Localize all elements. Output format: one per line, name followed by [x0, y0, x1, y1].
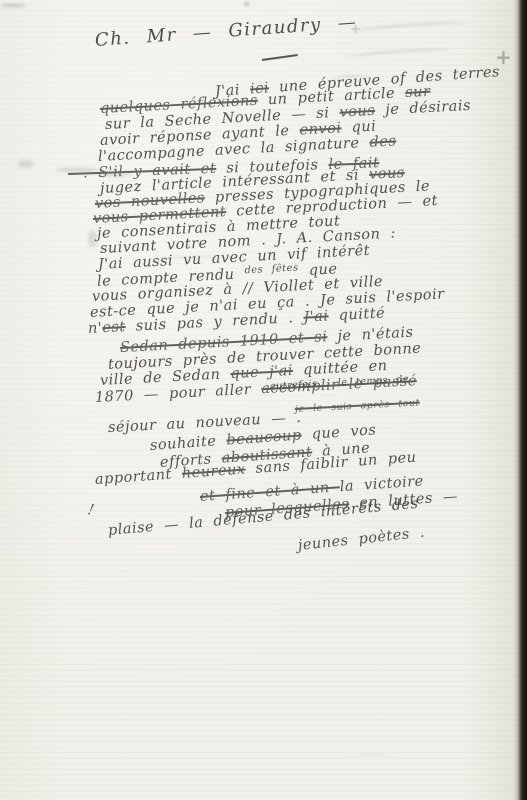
salutation-line: Ch. Mr — Giraudry —	[94, 12, 358, 51]
struck-text: est	[102, 319, 126, 336]
margin-exclamation: !	[86, 500, 96, 519]
plus-mark-icon: +	[495, 47, 512, 67]
smudge-blob	[98, 171, 132, 177]
struck-text: je le suis après tout	[295, 397, 420, 415]
struck-text: et	[255, 483, 292, 501]
scan-speck	[0, 4, 26, 7]
salutation-underline	[262, 54, 298, 61]
struck-text: un	[299, 479, 340, 498]
manuscript-page: Ch. Mr — Giraudry — J'ai ici une épreuve…	[0, 0, 527, 800]
struck-text: des	[369, 133, 397, 150]
scan-speck	[244, 2, 249, 6]
struck-text: et fine	[199, 485, 255, 505]
handwritten-text: quitté	[328, 305, 385, 324]
handwritten-text: n'	[88, 320, 103, 337]
smudge-blob	[88, 230, 97, 248]
bleedthrough-squiggle	[345, 47, 450, 63]
bleedthrough-squiggle	[352, 20, 467, 37]
handwritten-text: jeunes poètes .	[297, 525, 426, 554]
struck-text: sur	[405, 84, 431, 101]
bleedthrough-squiggle	[350, 753, 392, 763]
smudge-blob	[18, 160, 34, 168]
scan-edge-strip	[513, 0, 527, 800]
manuscript-line: jeunes poètes .	[297, 525, 426, 554]
struck-text: J'ai	[303, 308, 329, 325]
manuscript-line: je le suis après tout	[295, 397, 420, 415]
struck-text: heureux	[181, 461, 246, 481]
smudge-blob	[55, 167, 99, 173]
handwritten-text: des fêtes	[244, 262, 299, 276]
handwritten-text: apportant	[94, 466, 182, 488]
